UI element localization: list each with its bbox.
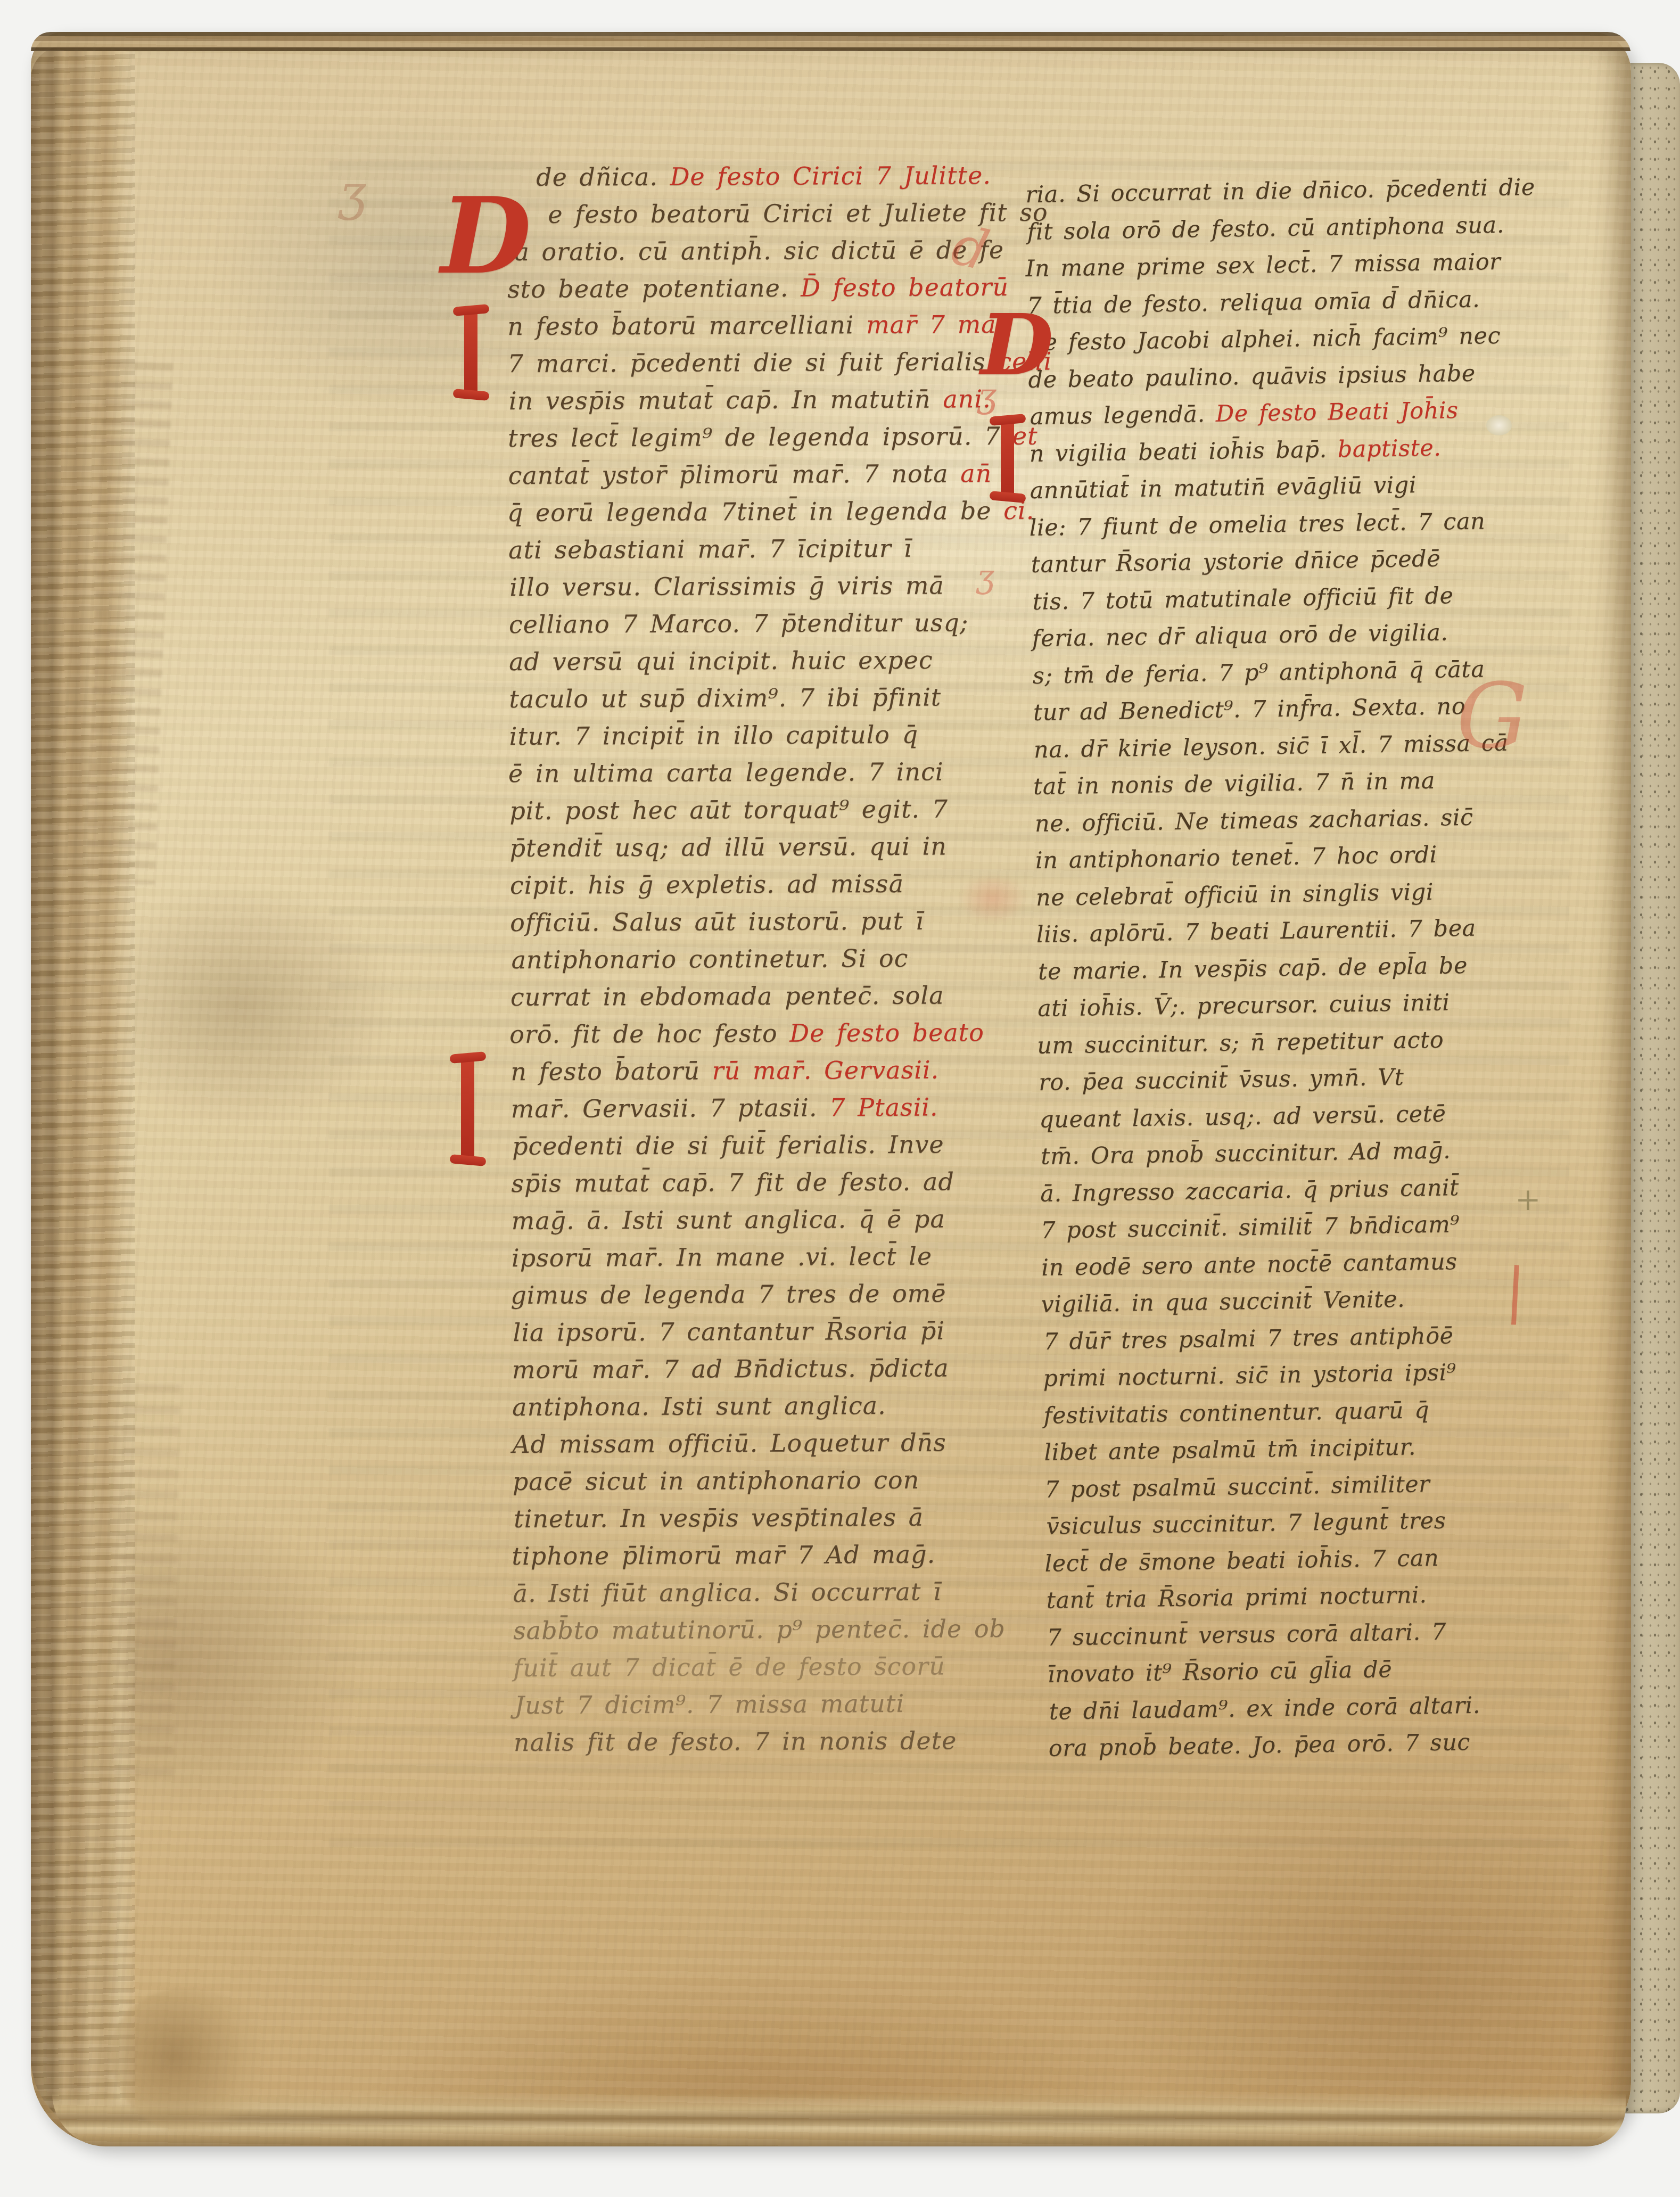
body-text: ā. Isti fiūt anglica. Si occurrat ī (513, 1577, 942, 1608)
rubric-text: baptiste. (1337, 434, 1441, 463)
text-line: In mane prime sex lect̄. 7 missa maior (1025, 243, 1539, 288)
body-text: liis. aplōrū. 7 beati Laurentii. 7 bea (1036, 915, 1476, 948)
text-line: Ad missam officiū. Loquetur dn̄s (512, 1423, 1015, 1463)
text-line: tis. 7 totū matutinale officiū fit de (1032, 576, 1546, 621)
initial-I (461, 1055, 474, 1163)
text-line: officiū. Salus aūt iustorū. put ī (510, 902, 1013, 941)
text-line: itur. 7 incipit̄ in illo capitulo q̄ (509, 715, 1012, 755)
body-text: īnovato it⁹ R̄sorio cū gl̄ia dē (1047, 1656, 1392, 1688)
body-text: q̄ eorū legenda 7tinet̄ in legenda be (507, 496, 1004, 527)
body-text: antiphonario continetur. Si oc (511, 944, 908, 974)
text-line: tinetur. In vesp̄is vesp̄tinales ā (514, 1498, 1017, 1537)
body-text: n festo b̄atorū (510, 1056, 712, 1086)
text-line: sto beate potentiane. D̄ festo beatorū (507, 268, 1010, 308)
body-text: 7 post succinit̄. similit̄ 7 bn̄dicam⁹ (1041, 1211, 1460, 1244)
text-line: 7 dūr̄ tres psalmi 7 tres antiphōē (1043, 1316, 1558, 1361)
body-text: p̄cedenti die si fuit̄ ferialis. Inve (512, 1130, 944, 1161)
body-text: maḡ. ā. Isti sunt anglica. q̄ ē pa (512, 1204, 945, 1235)
body-text: In mane prime sex lect̄. 7 missa maior (1025, 249, 1501, 282)
body-text: lect̄ de s̄mone beati ioh̄is. 7 can (1044, 1544, 1439, 1577)
text-line: cantat̄ ystor̄ p̄limorū mar̄. 7 nota an̄ (508, 455, 1011, 494)
body-text: nalis fit de festo. 7 in nonis dete (514, 1726, 957, 1757)
body-text: officiū. Salus aūt iustorū. put ī (510, 907, 924, 937)
body-text: ā. Ingresso zaccaria. q̄ prius canit̄ (1040, 1174, 1459, 1207)
body-text: libet ante psalmū tm̄ incipitur. (1044, 1434, 1416, 1466)
body-text: 7 marci. p̄cedenti die si fuit ferialis (508, 347, 998, 378)
text-line: te marie. In vesp̄is cap̄. de epl̄a be (1038, 946, 1552, 991)
body-text: currat in ebdomada pentec̄. sola (510, 981, 944, 1011)
body-text: Just 7 dicim⁹. 7 missa matuti (515, 1689, 905, 1719)
text-line: mar̄. Gervasii. 7 ptasii. 7 Ptasii. (511, 1088, 1014, 1128)
body-text: vigiliā. in qua succinit̄ Venite. (1041, 1286, 1405, 1318)
body-text: te marie. In vesp̄is cap̄. de epl̄a be (1038, 952, 1468, 985)
initial-I (1001, 417, 1014, 499)
body-text: antiphona. Isti sunt anglica. (512, 1391, 886, 1421)
text-line: pacē sicut in antiphonario con (513, 1461, 1016, 1500)
text-line: orō. fit de hoc festo De festo beato (509, 1014, 1012, 1053)
body-text: ora pnob̄ beate. Jo. p̄ea orō. 7 suc (1048, 1729, 1470, 1762)
text-line: nalis fit de festo. 7 in nonis dete (514, 1722, 1017, 1761)
body-text: ē in ultima carta legende. 7 inci (508, 757, 944, 788)
body-text: tantur R̄soria ystorie dn̄ice p̄cedē (1031, 546, 1440, 578)
body-text: n festo b̄atorū marcelliani (507, 310, 866, 341)
text-line: lia ipsorū. 7 cantantur R̄soria p̄i (513, 1312, 1016, 1351)
body-text: morū mar̄. 7 ad Bn̄dictus. p̄dicta (512, 1353, 949, 1384)
body-text: mar̄. Gervasii. 7 ptasii. (511, 1093, 830, 1123)
body-text: ria. Si occurrat in die dn̄ico. p̄cedent… (1025, 174, 1535, 208)
body-text: festivitatis continentur. quarū q̄ (1043, 1396, 1429, 1429)
body-text: celliano 7 Marco. 7 p̄tenditur usq; (509, 608, 969, 639)
text-line: q̄ eorū legenda 7tinet̄ in legenda be ci… (507, 492, 1010, 531)
text-line: lect̄ de s̄mone beati ioh̄is. 7 can (1044, 1538, 1559, 1583)
text-line: ipsorū mar̄. In mane .vi. lect̄ le (512, 1237, 1015, 1277)
body-text: in antiphonario tenet̄. 7 hoc ordi (1035, 842, 1438, 874)
marg-gutter-squiggle-2: ʒ (976, 561, 994, 593)
body-text: tur ad Benedict⁹. 7 inf̄ra. Sexta. no (1033, 693, 1466, 726)
initial-D: D (981, 303, 1053, 388)
text-line: de dñica. De festo Cirici 7 Julitte. (507, 157, 1010, 196)
body-text: Ad missam officiū. Loquetur dn̄s (512, 1428, 946, 1459)
text-line: p̄tendit̄ usq; ad illū versū. qui in (509, 827, 1012, 867)
text-line: tres lect̄ legim⁹ de legenda ipsorū. 7 e… (508, 417, 1011, 457)
marg-right-letter: G (1456, 672, 1528, 761)
body-text: pacē sicut in antiphonario con (513, 1466, 920, 1496)
body-text: de beato paulino. quāvis ipsius habe (1028, 360, 1476, 393)
body-text: v̄siculus succinitur. 7 legunt̄ tres (1046, 1508, 1446, 1540)
body-text: 7 post psalmū succint̄. similiter (1044, 1470, 1430, 1503)
body-text: cantat̄ ystor̄ p̄limorū mar̄. 7 nota (508, 459, 960, 490)
marg-right-stroke: | (1504, 1260, 1527, 1321)
body-text: de dñica. (536, 162, 670, 192)
body-text: pit. post hec aūt torquat⁹ egit. 7 (509, 794, 948, 825)
text-line: um succinitur. s; n̄ repetitur acto (1037, 1020, 1551, 1065)
body-text: ati sebastiani mar̄. 7 īcipitur ī (508, 534, 912, 564)
text-line: morū mar̄. 7 ad Bn̄dictus. p̄dicta (512, 1349, 1015, 1388)
initial-D: D (441, 184, 531, 289)
rubric-text: 7 Ptasii. (829, 1092, 938, 1122)
body-text: p̄tendit̄ usq; ad illū versū. qui in (510, 832, 947, 862)
body-text: tant̄ tria R̄soria primi nocturni. (1046, 1582, 1427, 1614)
text-line: tm̄. Ora pnob̄ succinitur. Ad maḡ. (1041, 1131, 1555, 1175)
text-line: fuit̄ aut 7 dicat̄ ē de festo s̄corū (513, 1647, 1016, 1686)
text-line: illo versu. Clarissimis ḡ viris mā (509, 566, 1012, 606)
body-text: ne celebrat̄ officiū in singlis vigi (1036, 878, 1434, 911)
left-margin-smudge (116, 1384, 181, 1779)
rubric-text: rū mar̄. Gervasii. (712, 1055, 940, 1085)
text-line: amus legendā. De festo Beati Joh̄is (1030, 391, 1544, 436)
body-text: taculo ut sup̄ dixim⁹. 7 ibi p̄finit (509, 682, 941, 713)
body-text: 7 succinunt̄ versus corā altari. 7 (1047, 1618, 1446, 1651)
body-text: 7 dūr̄ tres psalmi 7 tres antiphōē (1043, 1322, 1454, 1355)
body-text: 7 t̄tia de festo. reliqua omīa d̄ dn̄ica… (1027, 286, 1480, 319)
body-text: ad versū qui incipit. huic expec (509, 646, 933, 676)
text-line: antiphonario continetur. Si oc (511, 939, 1014, 978)
body-text: tiphone p̄limorū mar̄ 7 Ad maḡ. (512, 1540, 935, 1570)
body-text: ro. p̄ea succinit̄ v̄sus. ymn̄. Vt (1039, 1064, 1404, 1096)
body-text: sto beate potentiane. (507, 274, 801, 303)
text-line: ne. officiū. Ne timeas zacharias. sic̄ (1035, 798, 1549, 843)
body-text: s; tm̄ de feria. 7 p⁹ antiphonā q̄ cāta (1033, 656, 1485, 689)
body-text: in vesp̄is mutat̄ cap̄. In matutin̄ (509, 384, 943, 415)
body-text: cipit. his ḡ expletis. ad missā (510, 869, 904, 900)
body-text: annūtiat̄ in matutin̄ evāgliū vigi (1030, 472, 1417, 504)
body-text: fit sola orō de festo. cū antiphona sua. (1027, 211, 1504, 245)
body-text: tinetur. In vesp̄is vesp̄tinales ā (514, 1503, 924, 1533)
body-text: n vigilia beati ioh̄is bap̄. (1029, 436, 1338, 467)
text-line: ā. Isti fiūt anglica. Si occurrat ī (513, 1573, 1016, 1612)
text-line: maḡ. ā. Isti sunt anglica. q̄ ē pa (512, 1200, 1015, 1239)
body-text: tm̄. Ora pnob̄ succinitur. Ad maḡ. (1041, 1137, 1451, 1170)
text-line: tiphone p̄limorū mar̄ 7 Ad maḡ. (512, 1535, 1015, 1575)
text-line: te dn̄i laudam⁹. ex inde corā altari. (1049, 1686, 1563, 1731)
text-line: 7 marci. p̄cedenti die si fuit ferialis … (508, 343, 1011, 382)
text-line: gimus de legenda 7 tres de omē (510, 1274, 1014, 1314)
text-line: n festo b̄atorū marcelliani mar̄ 7 mar (507, 306, 1010, 345)
body-text: queant laxis. usq;. ad versū. cetē (1039, 1100, 1446, 1133)
text-line: ora pnob̄ beate. Jo. p̄ea orō. 7 suc (1048, 1723, 1562, 1767)
text-line: p̄cedenti die si fuit̄ ferialis. Inve (512, 1125, 1015, 1165)
text-line: sabb̄to matutinorū. p⁹ pentec̄. ide ob (513, 1610, 1016, 1649)
body-text: ati ioh̄is. V̄;. precursor. cuius initi (1037, 989, 1450, 1022)
marg-gutter-squiggle-1: ʒ (977, 379, 997, 413)
initial-I (464, 308, 477, 397)
body-text: e festo Jacobi alphei. nich̄ facim⁹ nec (1043, 323, 1501, 356)
rubric-text: De festo Beati Joh̄is (1215, 397, 1459, 427)
text-line: n festo b̄atorū rū mar̄. Gervasii. (510, 1051, 1014, 1090)
body-text: tat̄ in nonis de vigilia. 7 n̄ in ma (1033, 768, 1436, 800)
body-text: ipsorū mar̄. In mane .vi. lect̄ le (512, 1242, 932, 1272)
body-text: sp̄is mutat̄ cap̄. 7 fit de festo. ad (511, 1167, 954, 1198)
text-line: Just 7 dicim⁹. 7 missa matuti (515, 1684, 1018, 1724)
body-text: na. dr̄ kirie leyson. sic̄ ī xl̄. 7 miss… (1034, 729, 1509, 763)
body-text: orō. fit de hoc festo (509, 1019, 789, 1049)
text-line: ad versū qui incipit. huic expec (509, 641, 1012, 680)
body-text: te dn̄i laudam⁹. ex inde corā altari. (1049, 1692, 1480, 1725)
text-line: currat in ebdomada pentec̄. sola (510, 976, 1014, 1016)
body-text: sabb̄to matutinorū. p⁹ pentec̄. ide ob (513, 1614, 1006, 1645)
left-text-column: de dñica. De festo Cirici 7 Julitte.e fe… (507, 157, 1017, 1761)
body-text: tis. 7 totū matutinale officiū fit de (1032, 582, 1453, 615)
body-text: lia ipsorū. 7 cantantur R̄soria p̄i (513, 1316, 945, 1347)
body-text: gimus de legenda 7 tres de omē (510, 1279, 946, 1310)
right-text-column: ria. Si occurrat in die dn̄ico. p̄cedent… (1025, 169, 1562, 1767)
text-line: celliano 7 Marco. 7 p̄tenditur usq; (509, 604, 1012, 643)
marg-left-squiggle: ʒ (339, 168, 366, 217)
text-line: pit. post hec aūt torquat⁹ egit. 7 (509, 790, 1012, 829)
rubric-text: De festo beato (789, 1018, 984, 1048)
text-line: e festo beatorū Cirici et Juliete fit so (508, 194, 1011, 233)
body-text: primi nocturni. sic̄ in ystoria ipsi⁹ (1043, 1359, 1456, 1392)
text-line: ati sebastiani mar̄. 7 īcipitur ī (508, 529, 1011, 569)
rubric-text: an̄ (960, 459, 992, 488)
marg-right-cross: + (1515, 1184, 1541, 1215)
body-text: feria. nec dr̄ aliqua orō de vigilia. (1032, 619, 1448, 652)
text-line: cipit. his ḡ expletis. ad missā (510, 865, 1013, 904)
text-line: antiphona. Isti sunt anglica. (512, 1386, 1015, 1426)
body-text: tres lect̄ legim⁹ de legenda ipsorū. 7 (508, 422, 1012, 452)
body-text: in eodē sero ante noct̄ē cantamus (1041, 1248, 1457, 1281)
body-text: amus legendā. (1030, 401, 1216, 430)
text-line: sp̄is mutat̄ cap̄. 7 fit de festo. ad (511, 1163, 1014, 1202)
body-text: illo versu. Clarissimis ḡ viris mā (509, 571, 944, 602)
body-text: la oratio. cū antiph̄. sic dictū ē de fe (506, 235, 1004, 266)
body-text: itur. 7 incipit̄ in illo capitulo q̄ (509, 720, 919, 751)
text-line: taculo ut sup̄ dixim⁹. 7 ibi p̄finit (509, 678, 1012, 718)
body-text: um succinitur. s; n̄ repetitur acto (1037, 1026, 1444, 1059)
body-text: ne. officiū. Ne timeas zacharias. sic̄ (1035, 804, 1473, 837)
rubric-text: De festo Cirici 7 Julitte. (670, 161, 992, 191)
text-line: in vesp̄is mutat̄ cap̄. In matutin̄ ani. (509, 380, 1012, 419)
text-line: lie: 7 fiunt de omelia tres lect̄. 7 can (1029, 502, 1543, 547)
body-text: fuit̄ aut 7 dicat̄ ē de festo s̄corū (513, 1651, 945, 1682)
text-line: la oratio. cū antiph̄. sic dictū ē de fe (506, 231, 1009, 270)
text-line: ē in ultima carta legende. 7 inci (508, 753, 1011, 792)
body-text: lie: 7 fiunt de omelia tres lect̄. 7 can (1029, 508, 1485, 541)
